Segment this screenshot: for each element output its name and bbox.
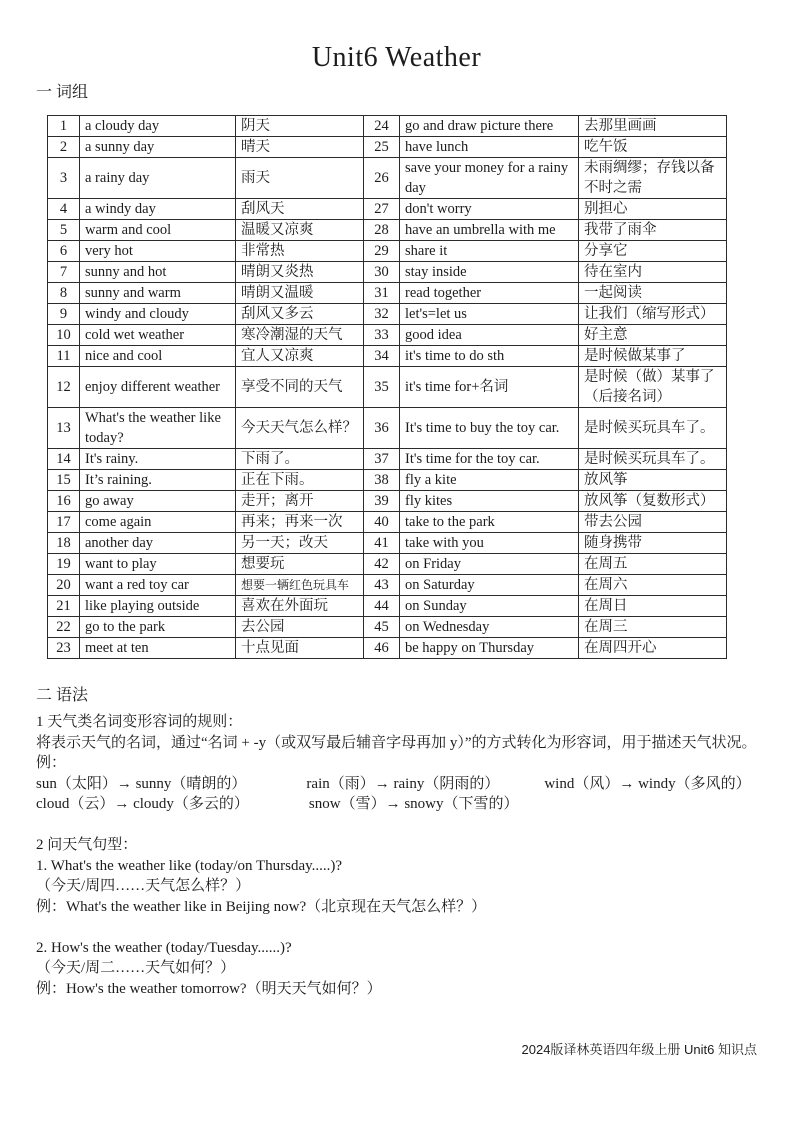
row-number-cell: 5: [48, 220, 80, 241]
chinese-meaning-cell: 去公园: [236, 617, 364, 638]
chinese-meaning-cell: 我带了雨伞: [579, 220, 727, 241]
vocab-row: 10cold wet weather寒冷潮湿的天气33good idea好主意: [48, 325, 727, 346]
chinese-meaning-cell: 一起阅读: [579, 283, 727, 304]
row-number-cell: 19: [48, 554, 80, 575]
english-phrase-cell: it's time for+名词: [400, 367, 579, 408]
grammar-line: 1 天气类名词变形容词的规则：: [36, 712, 757, 733]
chinese-meaning-cell: 在周五: [579, 554, 727, 575]
row-number-cell: 37: [364, 449, 400, 470]
grammar-line: （今天/周二……天气如何？）: [36, 958, 757, 979]
english-phrase-cell: a sunny day: [80, 137, 236, 158]
row-number-cell: 1: [48, 116, 80, 137]
row-number-cell: 39: [364, 491, 400, 512]
english-phrase-cell: stay inside: [400, 262, 579, 283]
english-phrase-cell: on Sunday: [400, 596, 579, 617]
chinese-meaning-cell: 温暖又凉爽: [236, 220, 364, 241]
chinese-meaning-cell: 是时候买玩具车了。: [579, 449, 727, 470]
grammar-line: cloud（云）→ cloudy（多云的） snow（雪）→ snowy（下雪的…: [36, 794, 757, 815]
english-phrase-cell: a cloudy day: [80, 116, 236, 137]
chinese-meaning-cell: 让我们（缩写形式）: [579, 304, 727, 325]
row-number-cell: 25: [364, 137, 400, 158]
row-number-cell: 30: [364, 262, 400, 283]
chinese-meaning-cell: 放风筝（复数形式）: [579, 491, 727, 512]
row-number-cell: 11: [48, 346, 80, 367]
row-number-cell: 26: [364, 158, 400, 199]
row-number-cell: 35: [364, 367, 400, 408]
chinese-meaning-cell: 分享它: [579, 241, 727, 262]
section-grammar-heading: 二 语法: [36, 685, 757, 706]
row-number-cell: 6: [48, 241, 80, 262]
grammar-line: sun（太阳）→ sunny（晴朗的） rain（雨）→ rainy（阴雨的） …: [36, 774, 757, 795]
row-number-cell: 12: [48, 367, 80, 408]
chinese-meaning-cell: 想要一辆红色玩具车: [236, 575, 364, 596]
row-number-cell: 29: [364, 241, 400, 262]
row-number-cell: 8: [48, 283, 80, 304]
row-number-cell: 34: [364, 346, 400, 367]
chinese-meaning-cell: 享受不同的天气: [236, 367, 364, 408]
english-phrase-cell: want a red toy car: [80, 575, 236, 596]
chinese-meaning-cell: 阴天: [236, 116, 364, 137]
footer-note: 2024版译林英语四年级上册 Unit6 知识点: [36, 1039, 757, 1058]
chinese-meaning-cell: 今天天气怎么样？: [236, 408, 364, 449]
chinese-meaning-cell: 另一天；改天: [236, 533, 364, 554]
chinese-meaning-cell: 再来；再来一次: [236, 512, 364, 533]
row-number-cell: 33: [364, 325, 400, 346]
grammar-line: [36, 917, 757, 938]
chinese-meaning-cell: 是时候买玩具车了。: [579, 408, 727, 449]
vocab-row: 2a sunny day晴天25have lunch吃午饭: [48, 137, 727, 158]
row-number-cell: 41: [364, 533, 400, 554]
row-number-cell: 13: [48, 408, 80, 449]
chinese-meaning-cell: 刮风又多云: [236, 304, 364, 325]
vocab-row: 5warm and cool温暖又凉爽28have an umbrella wi…: [48, 220, 727, 241]
section-words-heading: 一 词组: [36, 82, 757, 103]
english-phrase-cell: read together: [400, 283, 579, 304]
vocab-row: 13What's the weather like today?今天天气怎么样？…: [48, 408, 727, 449]
row-number-cell: 42: [364, 554, 400, 575]
chinese-meaning-cell: 是时候（做）某事了（后接名词）: [579, 367, 727, 408]
grammar-line: 2 问天气句型：: [36, 835, 757, 856]
english-phrase-cell: another day: [80, 533, 236, 554]
vocab-row: 17come again再来；再来一次40take to the park带去公…: [48, 512, 727, 533]
row-number-cell: 44: [364, 596, 400, 617]
chinese-meaning-cell: 吃午饭: [579, 137, 727, 158]
english-phrase-cell: It's time for the toy car.: [400, 449, 579, 470]
english-phrase-cell: very hot: [80, 241, 236, 262]
chinese-meaning-cell: 在周四开心: [579, 638, 727, 659]
row-number-cell: 24: [364, 116, 400, 137]
row-number-cell: 40: [364, 512, 400, 533]
chinese-meaning-cell: 喜欢在外面玩: [236, 596, 364, 617]
english-phrase-cell: on Friday: [400, 554, 579, 575]
english-phrase-cell: It's time to buy the toy car.: [400, 408, 579, 449]
row-number-cell: 32: [364, 304, 400, 325]
row-number-cell: 38: [364, 470, 400, 491]
vocab-row: 15It’s raining.正在下雨。38fly a kite放风筝: [48, 470, 727, 491]
english-phrase-cell: cold wet weather: [80, 325, 236, 346]
chinese-meaning-cell: 想要玩: [236, 554, 364, 575]
english-phrase-cell: it's time to do sth: [400, 346, 579, 367]
vocab-row: 19want to play想要玩42on Friday在周五: [48, 554, 727, 575]
page-title: Unit6 Weather: [36, 42, 757, 74]
vocab-row: 12enjoy different weather享受不同的天气35it's t…: [48, 367, 727, 408]
chinese-meaning-cell: 走开；离开: [236, 491, 364, 512]
vocab-row: 16go away走开；离开39fly kites放风筝（复数形式）: [48, 491, 727, 512]
row-number-cell: 21: [48, 596, 80, 617]
vocab-row: 23meet at ten十点见面46be happy on Thursday在…: [48, 638, 727, 659]
english-phrase-cell: What's the weather like today?: [80, 408, 236, 449]
vocab-table-body: 1a cloudy day阴天24go and draw picture the…: [48, 116, 727, 659]
english-phrase-cell: go away: [80, 491, 236, 512]
grammar-line: 1. What's the weather like (today/on Thu…: [36, 856, 757, 877]
chinese-meaning-cell: 刮风天: [236, 199, 364, 220]
english-phrase-cell: save your money for a rainy day: [400, 158, 579, 199]
english-phrase-cell: meet at ten: [80, 638, 236, 659]
english-phrase-cell: It's rainy.: [80, 449, 236, 470]
grammar-line: （今天/周四……天气怎么样？）: [36, 876, 757, 897]
english-phrase-cell: It’s raining.: [80, 470, 236, 491]
english-phrase-cell: don't worry: [400, 199, 579, 220]
english-phrase-cell: share it: [400, 241, 579, 262]
row-number-cell: 46: [364, 638, 400, 659]
english-phrase-cell: go and draw picture there: [400, 116, 579, 137]
english-phrase-cell: a windy day: [80, 199, 236, 220]
vocab-row: 21like playing outside喜欢在外面玩44on Sunday在…: [48, 596, 727, 617]
chinese-meaning-cell: 带去公园: [579, 512, 727, 533]
chinese-meaning-cell: 在周三: [579, 617, 727, 638]
row-number-cell: 20: [48, 575, 80, 596]
english-phrase-cell: good idea: [400, 325, 579, 346]
row-number-cell: 3: [48, 158, 80, 199]
grammar-text: 1 天气类名词变形容词的规则：将表示天气的名词，通过“名词 + -y（或双写最后…: [36, 712, 757, 999]
english-phrase-cell: sunny and hot: [80, 262, 236, 283]
row-number-cell: 9: [48, 304, 80, 325]
document-page: Unit6 Weather 一 词组 1a cloudy day阴天24go a…: [0, 0, 793, 1122]
vocab-row: 11nice and cool宜人又凉爽34it's time to do st…: [48, 346, 727, 367]
chinese-meaning-cell: 待在室内: [579, 262, 727, 283]
row-number-cell: 15: [48, 470, 80, 491]
vocab-table: 1a cloudy day阴天24go and draw picture the…: [47, 115, 727, 659]
chinese-meaning-cell: 放风筝: [579, 470, 727, 491]
chinese-meaning-cell: 正在下雨。: [236, 470, 364, 491]
english-phrase-cell: have an umbrella with me: [400, 220, 579, 241]
english-phrase-cell: take to the park: [400, 512, 579, 533]
english-phrase-cell: a rainy day: [80, 158, 236, 199]
row-number-cell: 36: [364, 408, 400, 449]
chinese-meaning-cell: 未雨绸缪；存钱以备不时之需: [579, 158, 727, 199]
vocab-row: 3a rainy day雨天26save your money for a ra…: [48, 158, 727, 199]
english-phrase-cell: enjoy different weather: [80, 367, 236, 408]
grammar-line: 将表示天气的名词，通过“名词 + -y（或双写最后辅音字母再加 y）”的方式转化…: [36, 733, 757, 754]
english-phrase-cell: sunny and warm: [80, 283, 236, 304]
vocab-row: 6very hot非常热29share it分享它: [48, 241, 727, 262]
vocab-row: 4a windy day刮风天27don't worry别担心: [48, 199, 727, 220]
chinese-meaning-cell: 晴天: [236, 137, 364, 158]
chinese-meaning-cell: 在周六: [579, 575, 727, 596]
row-number-cell: 2: [48, 137, 80, 158]
row-number-cell: 10: [48, 325, 80, 346]
english-phrase-cell: windy and cloudy: [80, 304, 236, 325]
vocab-row: 20want a red toy car想要一辆红色玩具车43on Saturd…: [48, 575, 727, 596]
english-phrase-cell: let's=let us: [400, 304, 579, 325]
row-number-cell: 22: [48, 617, 80, 638]
row-number-cell: 27: [364, 199, 400, 220]
row-number-cell: 4: [48, 199, 80, 220]
vocab-row: 1a cloudy day阴天24go and draw picture the…: [48, 116, 727, 137]
vocab-row: 8sunny and warm晴朗又温暖31read together一起阅读: [48, 283, 727, 304]
row-number-cell: 28: [364, 220, 400, 241]
english-phrase-cell: fly kites: [400, 491, 579, 512]
vocab-row: 9windy and cloudy刮风又多云32let's=let us让我们（…: [48, 304, 727, 325]
chinese-meaning-cell: 寒冷潮湿的天气: [236, 325, 364, 346]
row-number-cell: 45: [364, 617, 400, 638]
vocab-row: 22go to the park去公园45on Wednesday在周三: [48, 617, 727, 638]
chinese-meaning-cell: 去那里画画: [579, 116, 727, 137]
grammar-line: 2. How's the weather (today/Tuesday.....…: [36, 938, 757, 959]
vocab-row: 14It's rainy.下雨了。37It's time for the toy…: [48, 449, 727, 470]
vocab-row: 18another day另一天；改天41take with you随身携带: [48, 533, 727, 554]
row-number-cell: 7: [48, 262, 80, 283]
grammar-line: 例：: [36, 753, 757, 774]
chinese-meaning-cell: 晴朗又炎热: [236, 262, 364, 283]
chinese-meaning-cell: 好主意: [579, 325, 727, 346]
row-number-cell: 31: [364, 283, 400, 304]
english-phrase-cell: be happy on Thursday: [400, 638, 579, 659]
english-phrase-cell: want to play: [80, 554, 236, 575]
chinese-meaning-cell: 非常热: [236, 241, 364, 262]
chinese-meaning-cell: 下雨了。: [236, 449, 364, 470]
row-number-cell: 23: [48, 638, 80, 659]
english-phrase-cell: warm and cool: [80, 220, 236, 241]
row-number-cell: 16: [48, 491, 80, 512]
chinese-meaning-cell: 是时候做某事了: [579, 346, 727, 367]
chinese-meaning-cell: 宜人又凉爽: [236, 346, 364, 367]
chinese-meaning-cell: 别担心: [579, 199, 727, 220]
english-phrase-cell: take with you: [400, 533, 579, 554]
english-phrase-cell: come again: [80, 512, 236, 533]
english-phrase-cell: nice and cool: [80, 346, 236, 367]
grammar-line: [36, 815, 757, 836]
chinese-meaning-cell: 雨天: [236, 158, 364, 199]
english-phrase-cell: on Wednesday: [400, 617, 579, 638]
grammar-line: 例：What's the weather like in Beijing now…: [36, 897, 757, 918]
english-phrase-cell: have lunch: [400, 137, 579, 158]
chinese-meaning-cell: 晴朗又温暖: [236, 283, 364, 304]
vocab-row: 7sunny and hot晴朗又炎热30stay inside待在室内: [48, 262, 727, 283]
english-phrase-cell: on Saturday: [400, 575, 579, 596]
chinese-meaning-cell: 随身携带: [579, 533, 727, 554]
grammar-line: 例：How's the weather tomorrow?（明天天气如何？）: [36, 979, 757, 1000]
row-number-cell: 18: [48, 533, 80, 554]
english-phrase-cell: go to the park: [80, 617, 236, 638]
row-number-cell: 43: [364, 575, 400, 596]
chinese-meaning-cell: 十点见面: [236, 638, 364, 659]
english-phrase-cell: fly a kite: [400, 470, 579, 491]
english-phrase-cell: like playing outside: [80, 596, 236, 617]
row-number-cell: 17: [48, 512, 80, 533]
row-number-cell: 14: [48, 449, 80, 470]
chinese-meaning-cell: 在周日: [579, 596, 727, 617]
